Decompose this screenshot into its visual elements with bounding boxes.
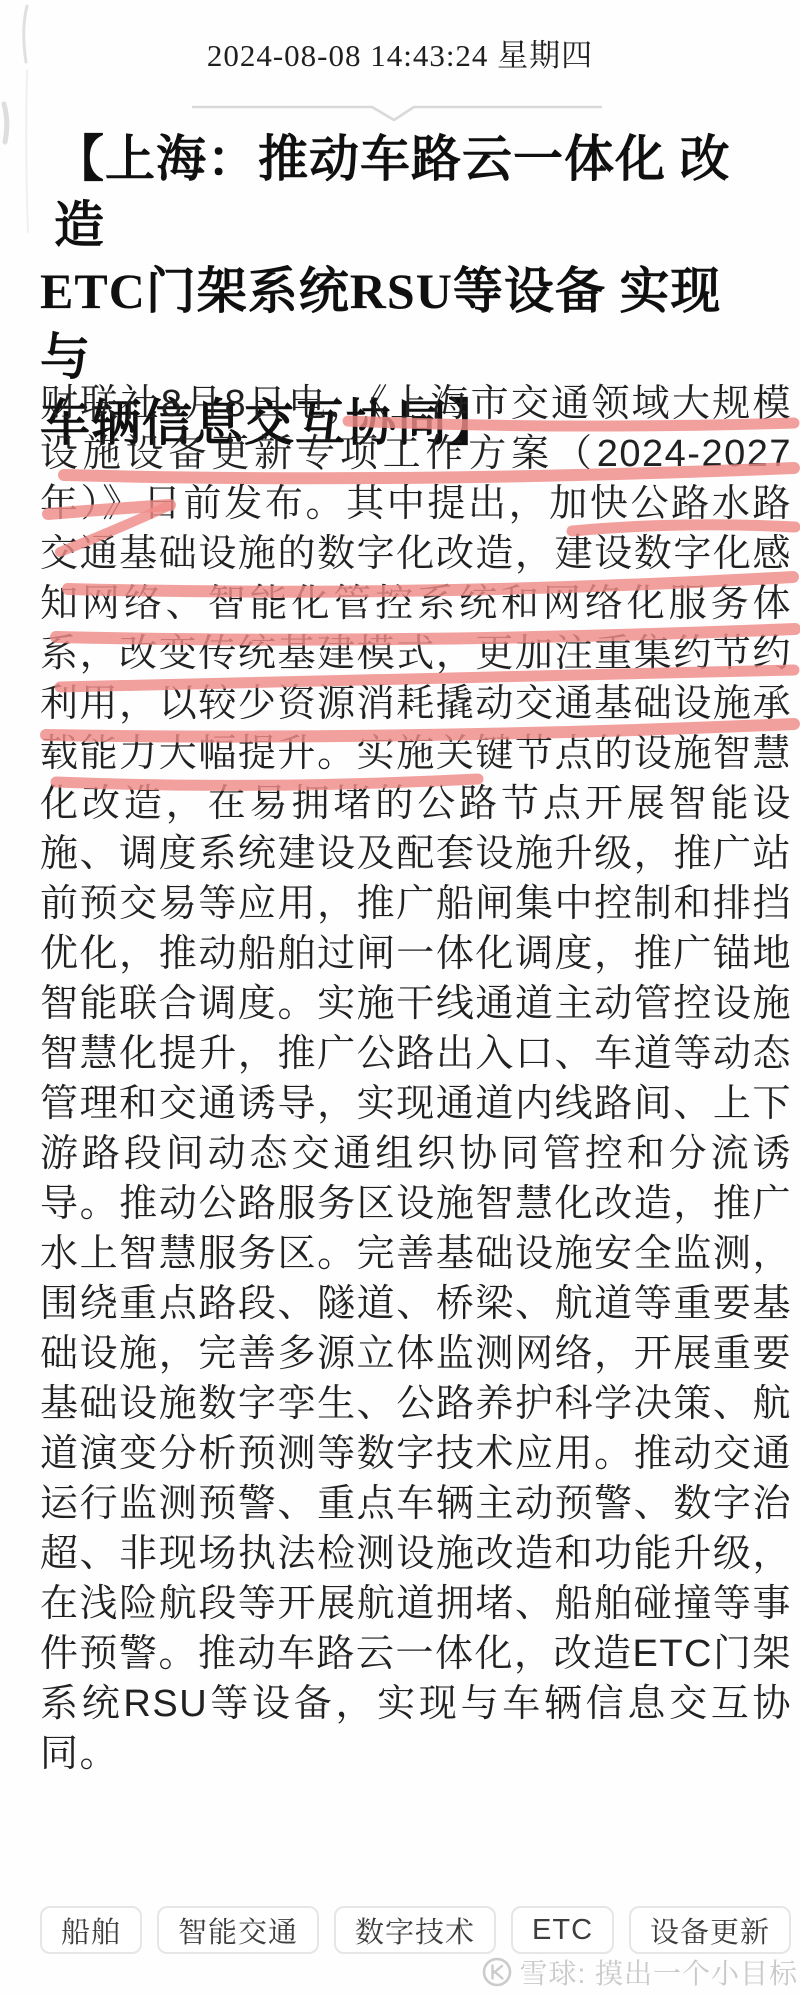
article-body: 财联社8月8日电，《上海市交通领域大规模设施设备更新专项工作方案（2024-20… — [40, 379, 792, 1779]
article-page: 2024-08-08 14:43:24 星期四 【上海：推动车路云一体化 改造 … — [0, 0, 800, 1995]
tag-chip-etc[interactable]: ETC — [511, 1906, 614, 1954]
tag-label: 设备更新 — [650, 1910, 770, 1951]
header-divider — [0, 96, 800, 128]
tag-chip-ships[interactable]: 船舶 — [40, 1906, 142, 1954]
screenshot-artifact — [26, 70, 28, 232]
tag-chip-equipment-renewal[interactable]: 设备更新 — [629, 1906, 791, 1954]
xueqiu-snowball-icon — [481, 1956, 513, 1988]
tag-chip-smart-transport[interactable]: 智能交通 — [157, 1906, 319, 1954]
tag-chip-digital-tech[interactable]: 数字技术 — [334, 1906, 496, 1954]
title-line: 【上海：推动车路云一体化 改造 — [40, 126, 768, 258]
watermark-text: 雪球: 摸出一个小目标 — [519, 1952, 798, 1992]
tag-label: 数字技术 — [355, 1910, 475, 1951]
tags-row: 船舶 智能交通 数字技术 ETC 设备更新 — [40, 1906, 791, 1954]
tag-label: ETC — [532, 1914, 593, 1947]
tag-label: 智能交通 — [178, 1910, 298, 1951]
date-header: 2024-08-08 14:43:24 星期四 — [0, 36, 800, 76]
watermark: 雪球: 摸出一个小目标 — [481, 1952, 798, 1992]
tag-label: 船舶 — [61, 1910, 121, 1951]
title-line: ETC门架系统RSU等设备 实现与 — [40, 258, 768, 390]
